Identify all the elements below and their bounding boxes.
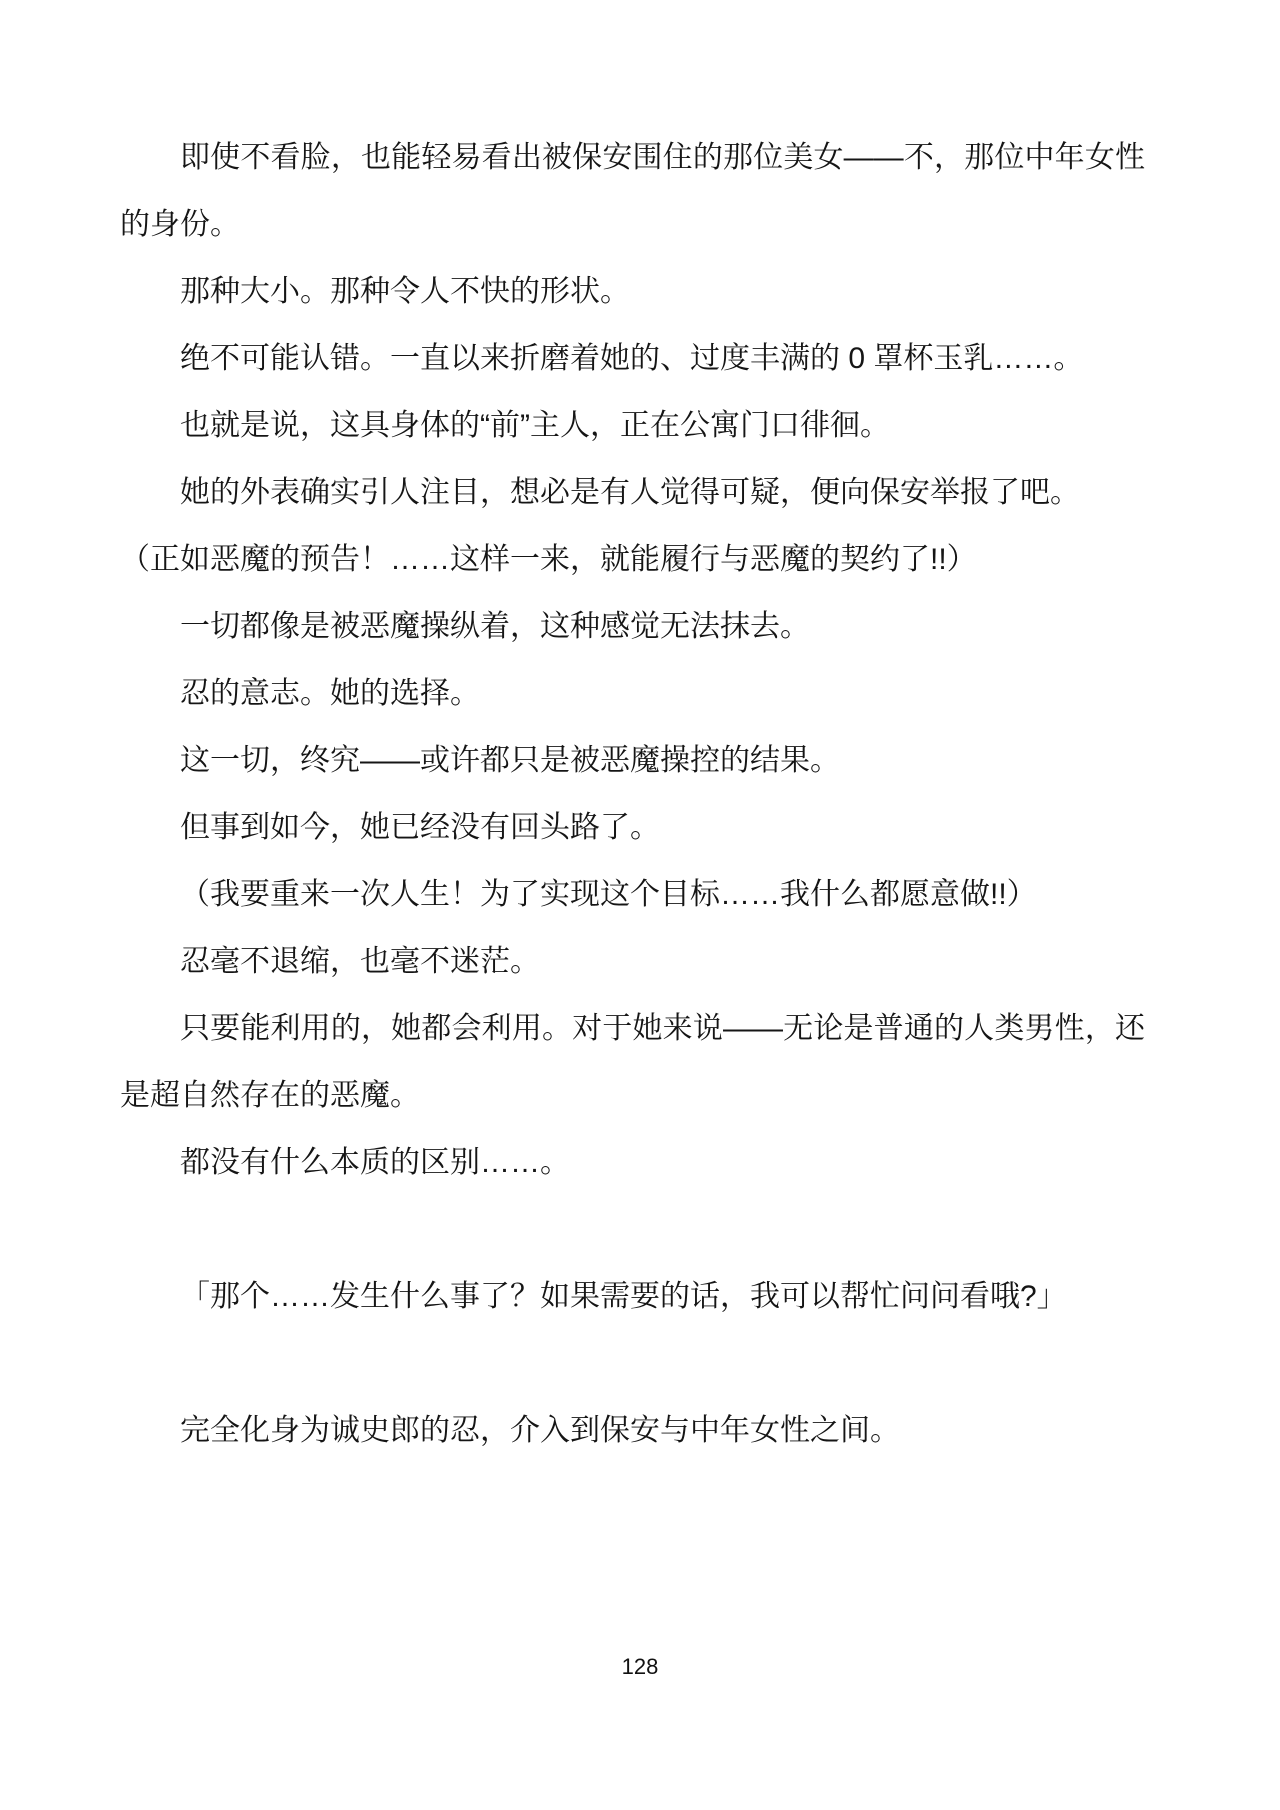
paragraph-8: 忍的意志。她的选择。 [120,660,1145,727]
paragraph-7: 一切都像是被恶魔操纵着，这种感觉无法抹去。 [120,593,1145,660]
paragraph-9: 这一切，终究——或许都只是被恶魔操控的结果。 [120,727,1145,794]
paragraph-5: 她的外表确实引人注目，想必是有人觉得可疑，便向保安举报了吧。 [120,459,1145,526]
blank-line [120,1330,1145,1397]
paragraph-2: 那种大小。那种令人不快的形状。 [120,258,1145,325]
page-body: 即使不看脸，也能轻易看出被保安围住的那位美女——不，那位中年女性的身份。那种大小… [120,124,1145,1464]
document-page: 即使不看脸，也能轻易看出被保安围住的那位美女——不，那位中年女性的身份。那种大小… [0,0,1280,1810]
blank-line [120,1196,1145,1263]
paragraph-12: 忍毫不退缩，也毫不迷茫。 [120,928,1145,995]
paragraph-6: （正如恶魔的预告！……这样一来，就能履行与恶魔的契约了!!） [120,526,1145,593]
page-number: 128 [622,1654,659,1679]
paragraph-11: （我要重来一次人生！为了实现这个目标……我什么都愿意做!!） [120,861,1145,928]
paragraph-14: 都没有什么本质的区别……。 [120,1129,1145,1196]
paragraph-10: 但事到如今，她已经没有回头路了。 [120,794,1145,861]
paragraph-1: 即使不看脸，也能轻易看出被保安围住的那位美女——不，那位中年女性的身份。 [120,124,1145,258]
paragraph-4: 也就是说，这具身体的“前”主人，正在公寓门口徘徊。 [120,392,1145,459]
paragraph-18: 完全化身为诚史郎的忍，介入到保安与中年女性之间。 [120,1397,1145,1464]
paragraph-16: 「那个……发生什么事了？如果需要的话，我可以帮忙问问看哦?」 [120,1263,1145,1330]
paragraph-13: 只要能利用的，她都会利用。对于她来说——无论是普通的人类男性，还是超自然存在的恶… [120,995,1145,1129]
paragraph-3: 绝不可能认错。一直以来折磨着她的、过度丰满的 0 罩杯玉乳……。 [120,325,1145,392]
page-footer: 128 [0,1652,1280,1682]
